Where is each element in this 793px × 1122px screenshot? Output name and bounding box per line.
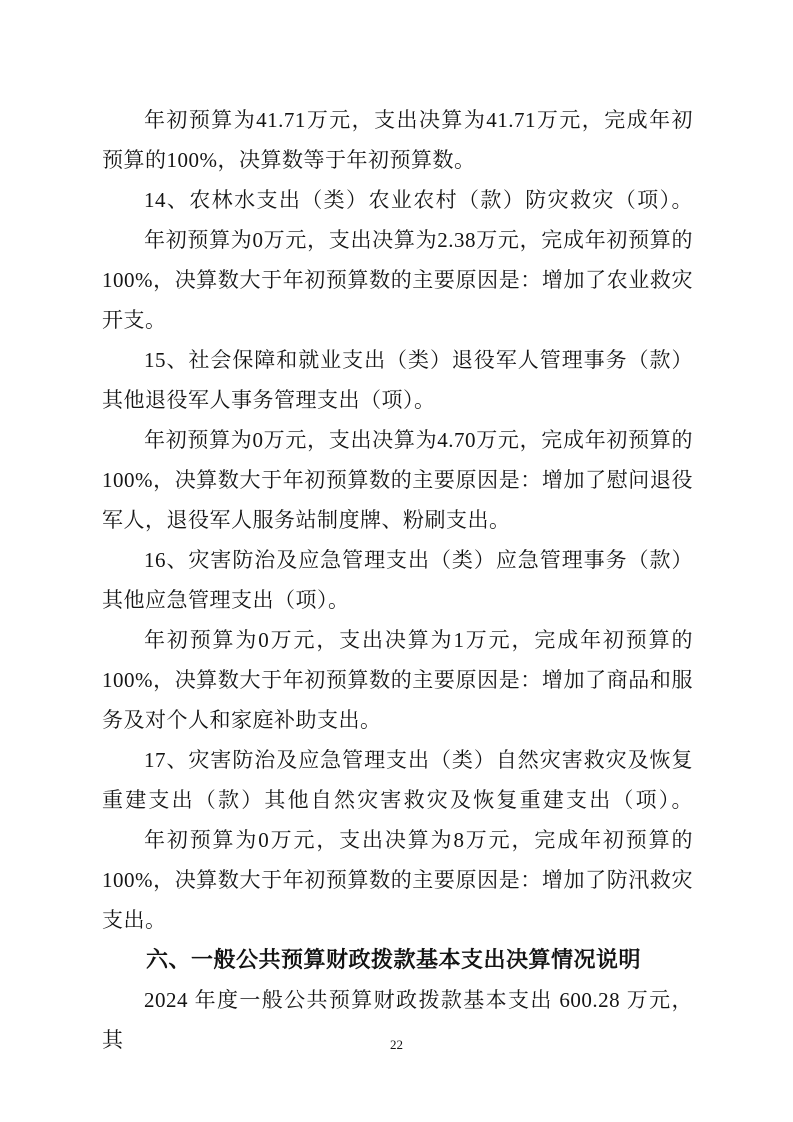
text-line: 100%，决算数大于年初预算数的主要原因是：增加了防汛救灾 [102, 860, 693, 900]
text-line: 年初预算为0万元，支出决算为4.70万元，完成年初预算的 [102, 420, 693, 460]
section-heading: 六、一般公共预算财政拨款基本支出决算情况说明 [102, 940, 693, 980]
text-line: 年初预算为0万元，支出决算为1万元，完成年初预算的 [102, 620, 693, 660]
paragraph: 年初预算为0万元，支出决算为1万元，完成年初预算的100%，决算数大于年初预算数… [102, 620, 693, 740]
text-line: 17、灾害防治及应急管理支出（类）自然灾害救灾及恢复 [102, 740, 693, 780]
text-line: 军人，退役军人服务站制度牌、粉刷支出。 [102, 500, 693, 540]
text-line: 务及对个人和家庭补助支出。 [102, 700, 693, 740]
paragraph: 年初预算为41.71万元，支出决算为41.71万元，完成年初预算的100%，决算… [102, 100, 693, 180]
paragraph: 年初预算为0万元，支出决算为8万元，完成年初预算的100%，决算数大于年初预算数… [102, 820, 693, 940]
page-number: 22 [390, 1037, 403, 1052]
text-line: 100%，决算数大于年初预算数的主要原因是：增加了商品和服 [102, 660, 693, 700]
text-line: 支出。 [102, 900, 693, 940]
text-line: 重建支出（款）其他自然灾害救灾及恢复重建支出（项）。 [102, 780, 693, 820]
text-line: 15、社会保障和就业支出（类）退役军人管理事务（款） [102, 340, 693, 380]
text-line: 其他退役军人事务管理支出（项）。 [102, 380, 693, 420]
heading-text-line: 六、一般公共预算财政拨款基本支出决算情况说明 [102, 940, 693, 980]
paragraph: 17、灾害防治及应急管理支出（类）自然灾害救灾及恢复重建支出（款）其他自然灾害救… [102, 740, 693, 820]
text-line: 年初预算为0万元，支出决算为8万元，完成年初预算的 [102, 820, 693, 860]
text-line: 16、灾害防治及应急管理支出（类）应急管理事务（款） [102, 540, 693, 580]
text-line: 100%，决算数大于年初预算数的主要原因是：增加了慰问退役 [102, 460, 693, 500]
text-line: 预算的100%，决算数等于年初预算数。 [102, 140, 693, 180]
paragraph: 年初预算为0万元，支出决算为4.70万元，完成年初预算的100%，决算数大于年初… [102, 420, 693, 540]
text-line: 年初预算为41.71万元，支出决算为41.71万元，完成年初 [102, 100, 693, 140]
paragraph: 14、农林水支出（类）农业农村（款）防灾救灾（项）。 [102, 180, 693, 220]
text-line: 开支。 [102, 300, 693, 340]
page-footer: 22 [0, 1036, 793, 1054]
document-page: 年初预算为41.71万元，支出决算为41.71万元，完成年初预算的100%，决算… [0, 0, 793, 1122]
paragraph: 16、灾害防治及应急管理支出（类）应急管理事务（款）其他应急管理支出（项）。 [102, 540, 693, 620]
text-line: 14、农林水支出（类）农业农村（款）防灾救灾（项）。 [102, 180, 693, 220]
text-line: 年初预算为0万元，支出决算为2.38万元，完成年初预算的 [102, 220, 693, 260]
text-line: 其他应急管理支出（项）。 [102, 580, 693, 620]
paragraph: 15、社会保障和就业支出（类）退役军人管理事务（款）其他退役军人事务管理支出（项… [102, 340, 693, 420]
document-content: 年初预算为41.71万元，支出决算为41.71万元，完成年初预算的100%，决算… [102, 100, 693, 1060]
paragraph: 年初预算为0万元，支出决算为2.38万元，完成年初预算的100%，决算数大于年初… [102, 220, 693, 340]
text-line: 100%，决算数大于年初预算数的主要原因是：增加了农业救灾 [102, 260, 693, 300]
